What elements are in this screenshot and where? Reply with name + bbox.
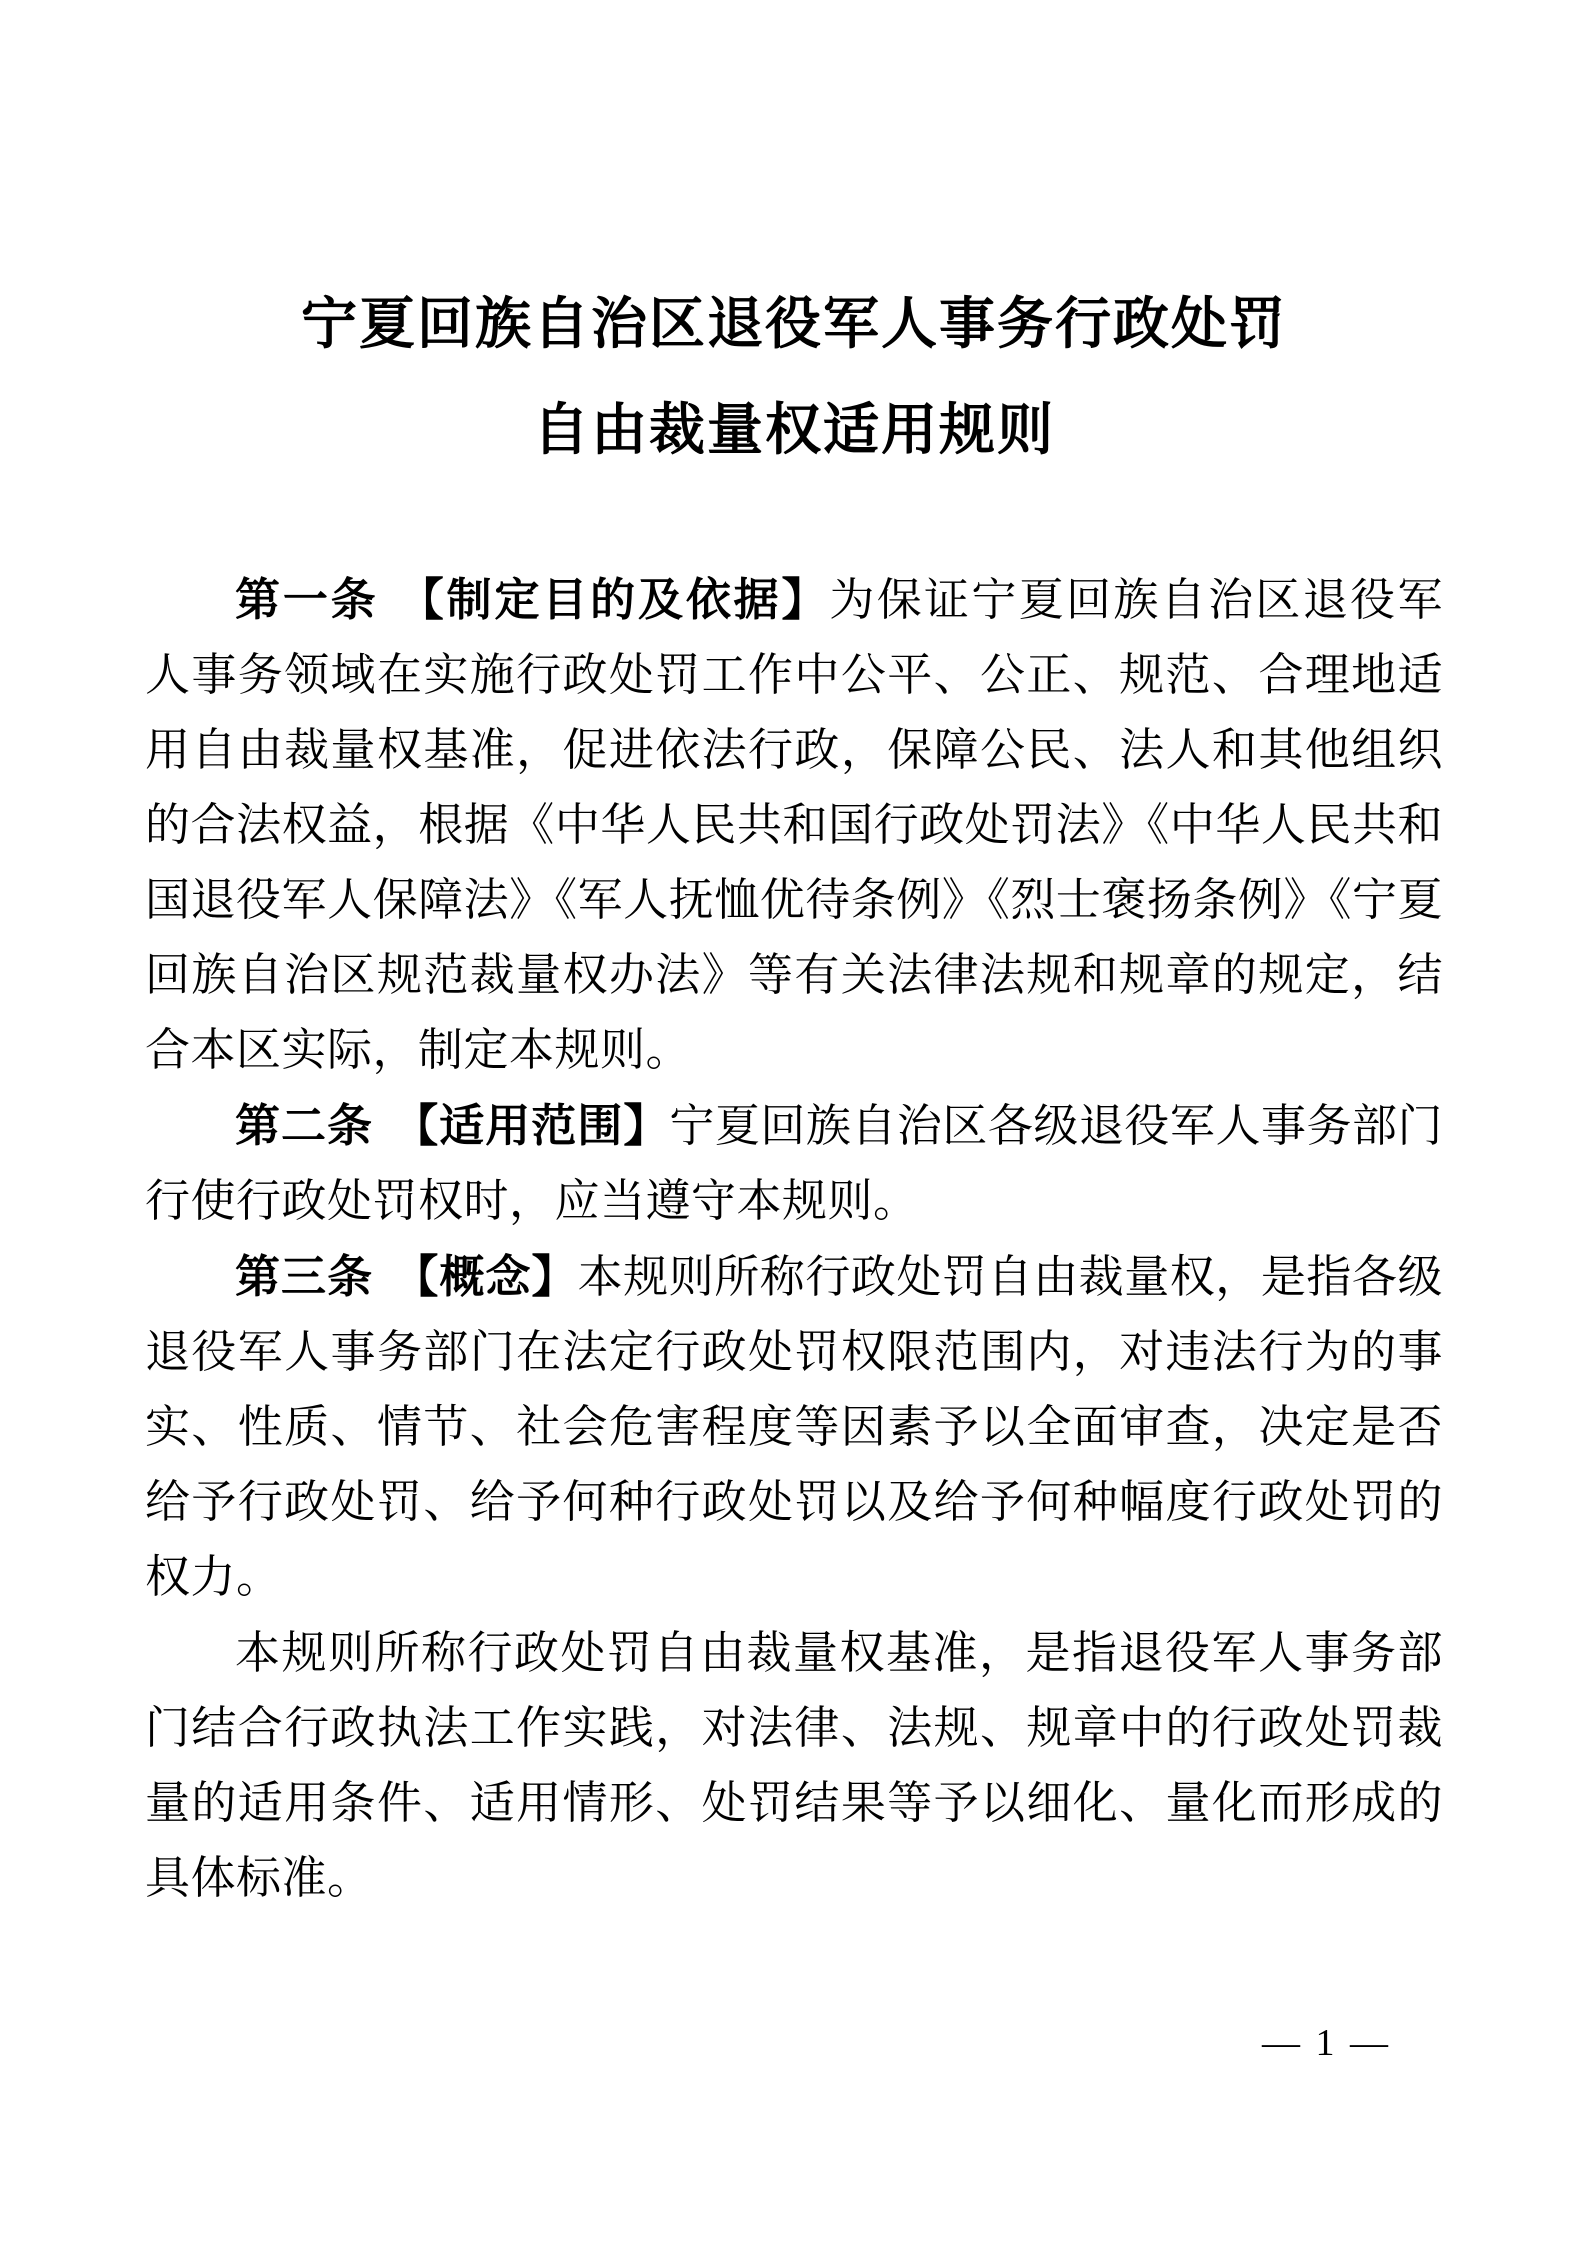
document-title: 宁夏回族自治区退役军人事务行政处罚 自由裁量权适用规则 bbox=[145, 272, 1443, 484]
article-paragraph-2: 第二条【适用范围】宁夏回族自治区各级退役军人事务部门行使行政处罚权时，应当遵守本… bbox=[145, 1088, 1443, 1239]
article-paragraph-1: 第一条【制定目的及依据】为保证宁夏回族自治区退役军人事务领域在实施行政处罚工作中… bbox=[145, 562, 1443, 1088]
article-3-text: 本规则所称行政处罚自由裁量权，是指各级退役军人事务部门在法定行政处罚权限范围内，… bbox=[145, 1252, 1443, 1602]
article-4-text: 本规则所称行政处罚自由裁量权基准，是指退役军人事务部门结合行政执法工作实践，对法… bbox=[145, 1628, 1443, 1903]
article-2-title: 【适用范围】 bbox=[393, 1100, 669, 1151]
article-1-text: 为保证宁夏回族自治区退役军人事务领域在实施行政处罚工作中公平、公正、规范、合理地… bbox=[145, 575, 1443, 1075]
article-paragraph-3: 第三条【概念】本规则所称行政处罚自由裁量权，是指各级退役军人事务部门在法定行政处… bbox=[145, 1239, 1443, 1615]
document-page: 宁夏回族自治区退役军人事务行政处罚 自由裁量权适用规则 第一条【制定目的及依据】… bbox=[0, 0, 1587, 2245]
article-1-title: 【制定目的及依据】 bbox=[399, 574, 830, 625]
article-paragraph-4: 本规则所称行政处罚自由裁量权基准，是指退役军人事务部门结合行政执法工作实践，对法… bbox=[145, 1615, 1443, 1916]
article-3-number: 第三条 bbox=[235, 1251, 373, 1302]
article-1-number: 第一条 bbox=[235, 574, 379, 625]
article-3-title: 【概念】 bbox=[393, 1251, 577, 1302]
title-line-2: 自由裁量权适用规则 bbox=[145, 378, 1443, 484]
article-2-number: 第二条 bbox=[235, 1100, 373, 1151]
page-number-text: — 1 — bbox=[1262, 2022, 1391, 2064]
document-body: 第一条【制定目的及依据】为保证宁夏回族自治区退役军人事务领域在实施行政处罚工作中… bbox=[145, 562, 1443, 1916]
page-number: — 1 — bbox=[1262, 2021, 1391, 2065]
title-line-1: 宁夏回族自治区退役军人事务行政处罚 bbox=[145, 272, 1443, 378]
